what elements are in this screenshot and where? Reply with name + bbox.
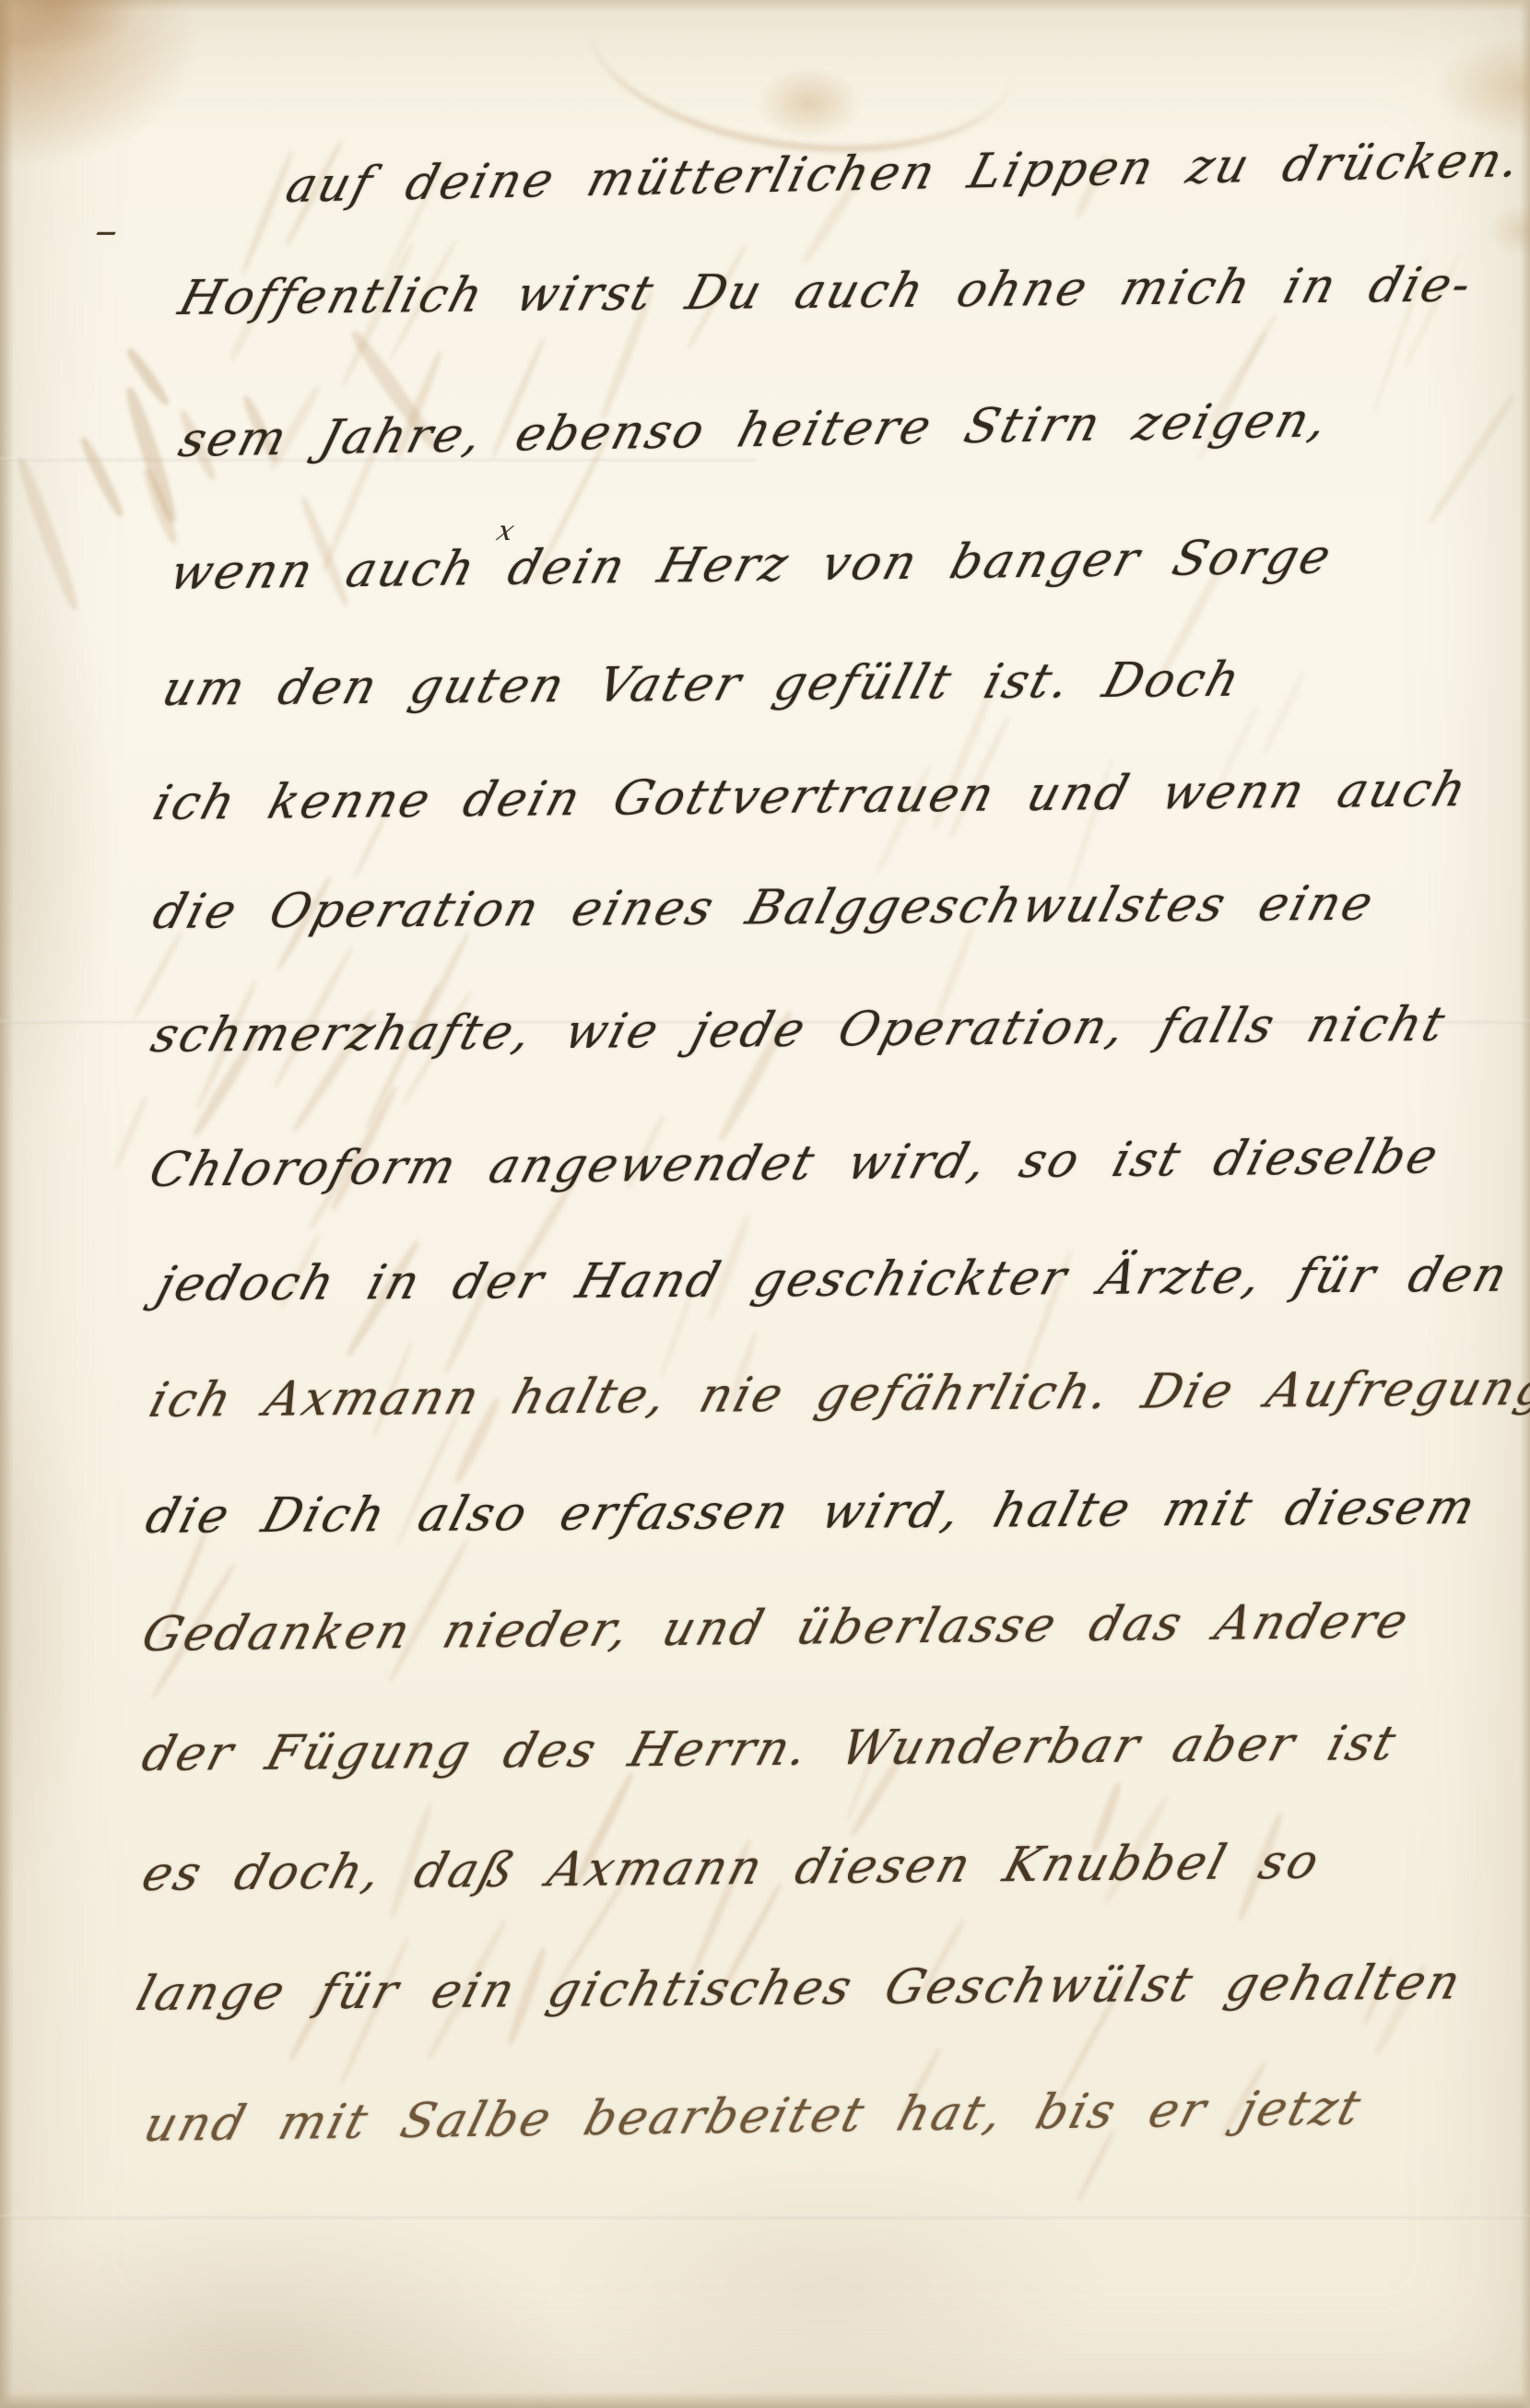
letter-line: ich kenne dein Gottvertrauen und wenn au… xyxy=(148,766,1474,828)
letter-line: Gedanken nieder, und überlasse das Ander… xyxy=(137,1598,1416,1659)
letter-line: es doch, daß Axmann diesen Knubbel so xyxy=(137,1838,1326,1898)
letter-line: der Fügung des Herrn. Wunderbar aber ist xyxy=(137,1720,1404,1779)
letter-line: die Dich also erfassen wird, halte mit d… xyxy=(141,1484,1483,1541)
letter-line: ich Axmann halte, nie gefährlich. Die Au… xyxy=(145,1365,1530,1425)
letter-line: Chloroform angewendet wird, so ist diese… xyxy=(145,1133,1445,1194)
letter-line: und mit Salbe bearbeitet hat, bis er jet… xyxy=(139,2085,1368,2149)
letter-line: um den guten Vater gefüllt ist. Doch xyxy=(158,656,1247,713)
letter-line: jedoch in der Hand geschickter Ärzte, fü… xyxy=(152,1251,1515,1309)
letter-line: schmerzhafte, wie jede Operation, falls … xyxy=(147,1001,1453,1060)
letter-line: auf deine mütterlichen Lippen zu drücken… xyxy=(281,136,1527,210)
letter-line: wenn auch dein Herz von banger Sorge xyxy=(165,533,1338,597)
letter-line: sem Jahre, ebenso heitere Stirn zeigen, xyxy=(174,396,1335,464)
letter-line: lange für ein gichtisches Geschwülst geh… xyxy=(132,1959,1468,2018)
letter-line: Hoffentlich wirst Du auch ohne mich in d… xyxy=(174,261,1478,323)
letter-body: auf deine mütterlichen Lippen zu drücken… xyxy=(0,0,1530,2408)
letter-line: die Operation eines Balggeschwulstes ein… xyxy=(148,880,1381,936)
